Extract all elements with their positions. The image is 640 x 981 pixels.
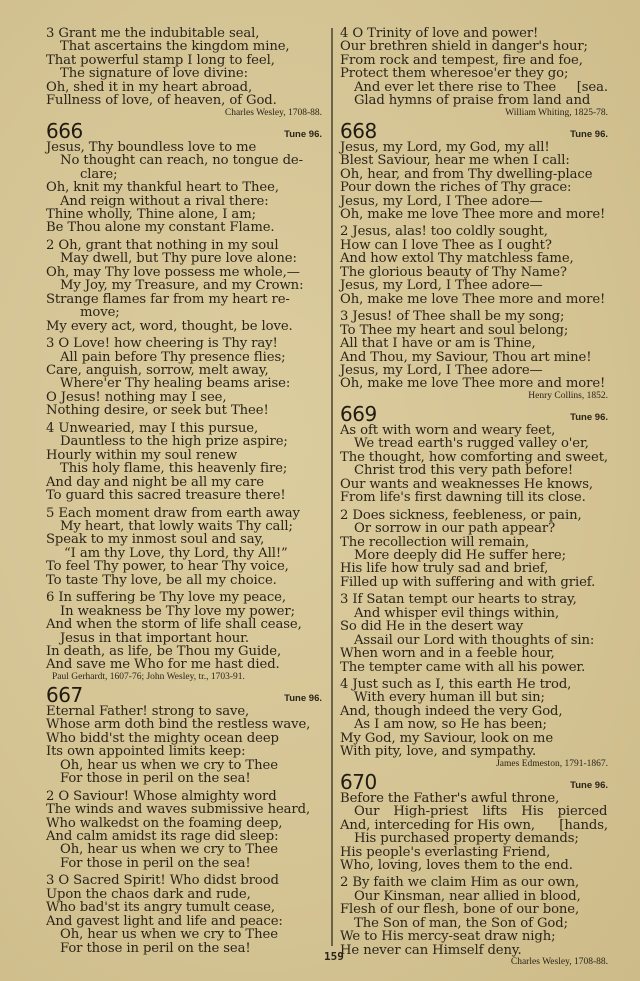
- verse-line: 3 If Satan tempt our hearts to stray,: [340, 593, 614, 606]
- verse-line: Or sorrow in our path appear?: [340, 522, 614, 535]
- verse-line: Oh, hear us when we cry to Thee: [46, 843, 328, 856]
- verse-line: 3 Grant me the indubitable seal,: [46, 27, 328, 40]
- hymn-number: 666: [46, 121, 83, 141]
- verse-line: Our Kinsman, near allied in blood,: [340, 890, 614, 903]
- verse-line: Who, loving, loves them to the end.: [340, 859, 614, 872]
- verse-line: Oh, make me love Thee more and more!: [340, 293, 614, 306]
- verse-line: He never can Himself deny.: [340, 944, 614, 957]
- verse-line: And, though indeed the very God,: [340, 705, 614, 718]
- hymn-666-stanza-3: 3 O Love! how cheering is Thy ray! All p…: [46, 337, 328, 418]
- verse-line: The glorious beauty of Thy Name?: [340, 266, 614, 279]
- verse-line: Jesus, Thy boundless love to me: [46, 141, 328, 154]
- verse-line: Oh, hear, and from Thy dwelling-place: [340, 168, 614, 181]
- verse-line: Before the Father's awful throne,: [340, 792, 614, 805]
- verse-line: Upon the chaos dark and rude,: [46, 888, 328, 901]
- verse-line: The Son of man, the Son of God;: [340, 917, 614, 930]
- verse-line: Oh, make me love Thee more and more!: [340, 208, 614, 221]
- hymn-667-stanza-1: Eternal Father! strong to save, Whose ar…: [46, 705, 328, 786]
- hymn-666-stanza-5: 5 Each moment draw from earth away My he…: [46, 507, 328, 588]
- verse-line: Oh, hear us when we cry to Thee: [46, 759, 328, 772]
- hymn-669-stanza-1: As oft with worn and weary feet, We trea…: [340, 424, 614, 505]
- verse-line: 3 O Love! how cheering is Thy ray!: [46, 337, 328, 350]
- verse-line: We tread earth's rugged valley o'er,: [340, 437, 614, 450]
- hymn-attribution: William Whiting, 1825-78.: [340, 108, 614, 119]
- verse-line: Dauntless to the high prize aspire;: [46, 435, 328, 448]
- verse-line: 4 Just such as I, this earth He trod,: [340, 678, 614, 691]
- tune-label: Tune 96.: [284, 129, 328, 141]
- verse-line: My God, my Saviour, look on me: [340, 732, 614, 745]
- verse-line: And Thou, my Saviour, Thou art mine!: [340, 351, 614, 364]
- verse-line: And whisper evil things within,: [340, 607, 614, 620]
- hymn-669-stanza-4: 4 Just such as I, this earth He trod, Wi…: [340, 678, 614, 759]
- hymn-header-669: 669 Tune 96.: [340, 403, 614, 424]
- hymn-666-stanza-4: 4 Unwearied, may I this pursue, Dauntles…: [46, 422, 328, 503]
- verse-line: And calm amidst its rage did sleep:: [46, 830, 328, 843]
- column-divider: [331, 28, 333, 946]
- verse-line: When worn and in a feeble hour,: [340, 647, 614, 660]
- verse-line: Fullness of love, of heaven, of God.: [46, 94, 328, 107]
- hymn-number: 668: [340, 121, 377, 141]
- verse-line: His purchased property demands;: [340, 832, 614, 845]
- hymn-667-stanza-4: 4 O Trinity of love and power! Our breth…: [340, 27, 614, 108]
- verse-line: All pain before Thy presence flies;: [46, 351, 328, 364]
- verse-line: Eternal Father! strong to save,: [46, 705, 328, 718]
- verse-line: Its own appointed limits keep:: [46, 745, 328, 758]
- verse-line: My heart, that lowly waits Thy call;: [46, 520, 328, 533]
- hymn-number: 667: [46, 685, 83, 705]
- hymn-header-670: 670 Tune 96.: [340, 771, 614, 792]
- verse-line: And gavest light and life and peace:: [46, 915, 328, 928]
- hymn-666-stanza-2: 2 Oh, grant that nothing in my soul May …: [46, 239, 328, 333]
- verse-line: That powerful stamp I long to feel,: [46, 54, 328, 67]
- verse-line: In death, as life, be Thou my Guide,: [46, 645, 328, 658]
- verse-text: And, interceding for His own,: [340, 819, 535, 832]
- hymn-666-stanza-1: Jesus, Thy boundless love to me No thoug…: [46, 141, 328, 235]
- verse-line: For those in peril on the sea!: [46, 942, 328, 955]
- verse-line: Jesus, my Lord, my God, my all!: [340, 141, 614, 154]
- hymn-attribution: Henry Collins, 1852.: [340, 391, 614, 402]
- tune-label: Tune 96.: [570, 129, 614, 141]
- verse-line: 4 Unwearied, may I this pursue,: [46, 422, 328, 435]
- hymn-666-stanza-6: 6 In suffering be Thy love my peace, In …: [46, 591, 328, 672]
- verse-line: To Thee my heart and soul belong;: [340, 324, 614, 337]
- left-column: 3 Grant me the indubitable seal, That as…: [46, 27, 328, 955]
- verse-line: Christ trod this very path before!: [340, 464, 614, 477]
- verse-line: How can I love Thee as I ought?: [340, 239, 614, 252]
- hymn-number: 670: [340, 772, 377, 792]
- verse-line: Assail our Lord with thoughts of sin:: [340, 634, 614, 647]
- verse-line: To feel Thy power, to hear Thy voice,: [46, 560, 328, 573]
- verse-line: May dwell, but Thy pure love alone:: [46, 252, 328, 265]
- verse-line: Filled up with suffering and with grief.: [340, 576, 614, 589]
- hymn-attribution: James Edmeston, 1791-1867.: [340, 759, 614, 770]
- verse-line: Where'er Thy healing beams arise:: [46, 377, 328, 390]
- verse-line: The tempter came with all his power.: [340, 661, 614, 674]
- hymn-670-stanza-1: Before the Father's awful throne, Our Hi…: [340, 792, 614, 873]
- hymn-number: 669: [340, 404, 377, 424]
- verse-line: For those in peril on the sea!: [46, 772, 328, 785]
- verse-line: O Jesus! nothing may I see,: [46, 391, 328, 404]
- verse-line: 3 O Sacred Spirit! Who didst brood: [46, 874, 328, 887]
- verse-line: Hourly within my soul renew: [46, 449, 328, 462]
- hymn-header-666: 666 Tune 96.: [46, 120, 328, 141]
- verse-line: And how extol Thy matchless fame,: [340, 252, 614, 265]
- verse-line: Be Thou alone my constant Flame.: [46, 221, 328, 234]
- verse-line: 4 O Trinity of love and power!: [340, 27, 614, 40]
- verse-line: Protect them wheresoe'er they go;: [340, 67, 614, 80]
- verse-text: And ever let there rise to Thee: [354, 81, 556, 94]
- verse-line: 2 By faith we claim Him as our own,: [340, 876, 614, 889]
- verse-line: Oh, knit my thankful heart to Thee,: [46, 181, 328, 194]
- tune-label: Tune 96.: [570, 412, 614, 424]
- verse-line: To guard this sacred treasure there!: [46, 489, 328, 502]
- hymn-669-stanza-3: 3 If Satan tempt our hearts to stray, An…: [340, 593, 614, 674]
- verse-line: The recollection will remain,: [340, 536, 614, 549]
- right-column: 4 O Trinity of love and power! Our breth…: [340, 27, 614, 968]
- verse-line: Strange flames far from my heart re-: [46, 293, 328, 306]
- verse-line: Oh, may Thy love possess me whole,—: [46, 266, 328, 279]
- verse-line: For those in peril on the sea!: [46, 857, 328, 870]
- verse-line: My every act, word, thought, be love.: [46, 320, 328, 333]
- hymn-668-stanza-2: 2 Jesus, alas! too coldly sought, How ca…: [340, 225, 614, 306]
- page-number: 159: [324, 950, 344, 963]
- hymn-attribution: Paul Gerhardt, 1607-76; John Wesley, tr.…: [46, 672, 328, 683]
- tune-label: Tune 96.: [284, 693, 328, 705]
- turnover-text: [hands,: [559, 819, 608, 832]
- turnover-text: [sea.: [577, 81, 608, 94]
- verse-line: Jesus in that important hour.: [46, 632, 328, 645]
- hymn-669-stanza-2: 2 Does sickness, feebleness, or pain, Or…: [340, 509, 614, 590]
- hymn-attribution: Charles Wesley, 1708-88.: [46, 108, 328, 119]
- verse-line: With every human ill but sin;: [340, 691, 614, 704]
- verse-line: Jesus, my Lord, I Thee adore—: [340, 364, 614, 377]
- verse-line: Thine wholly, Thine alone, I am;: [46, 208, 328, 221]
- verse-line: With pity, love, and sympathy.: [340, 745, 614, 758]
- hymn-header-668: 668 Tune 96.: [340, 120, 614, 141]
- verse-line: Speak to my inmost soul and say,: [46, 533, 328, 546]
- verse-line: His life how truly sad and brief,: [340, 562, 614, 575]
- hymn-668-stanza-3: 3 Jesus! of Thee shall be my song; To Th…: [340, 310, 614, 391]
- verse-line: 3 Jesus! of Thee shall be my song;: [340, 310, 614, 323]
- hymn-670-stanza-2: 2 By faith we claim Him as our own, Our …: [340, 876, 614, 957]
- verse-line: Care, anguish, sorrow, melt away,: [46, 364, 328, 377]
- verse-line: And ever let there rise to Thee [sea.: [340, 81, 614, 94]
- verse-line: All that I have or am is Thine,: [340, 337, 614, 350]
- verse-line: And reign without a rival there:: [46, 195, 328, 208]
- verse-line: In weakness be Thy love my power;: [46, 605, 328, 618]
- verse-line: 2 Jesus, alas! too coldly sought,: [340, 225, 614, 238]
- verse-line: From life's first dawning till its close…: [340, 491, 614, 504]
- verse-line: Our brethren shield in danger's hour;: [340, 40, 614, 53]
- verse-line: The signature of love divine:: [46, 67, 328, 80]
- verse-line: To taste Thy love, be all my choice.: [46, 574, 328, 587]
- verse-line: No thought can reach, no tongue de-: [46, 154, 328, 167]
- hymn-667-stanza-3: 3 O Sacred Spirit! Who didst brood Upon …: [46, 874, 328, 955]
- verse-line: The winds and waves submissive heard,: [46, 803, 328, 816]
- verse-line: Pour down the riches of Thy grace:: [340, 181, 614, 194]
- verse-line: The thought, how comforting and sweet,: [340, 451, 614, 464]
- verse-line: From rock and tempest, fire and foe,: [340, 54, 614, 67]
- verse-line: 5 Each moment draw from earth away: [46, 507, 328, 520]
- verse-line: 6 In suffering be Thy love my peace,: [46, 591, 328, 604]
- verse-line: And day and night be all my care: [46, 476, 328, 489]
- verse-line: Oh, shed it in my heart abroad,: [46, 81, 328, 94]
- verse-line: Jesus, my Lord, I Thee adore—: [340, 195, 614, 208]
- tune-label: Tune 96.: [570, 780, 614, 792]
- verse-line: “I am thy Love, thy Lord, thy All!”: [46, 547, 328, 560]
- hymn-665-stanza-3: 3 Grant me the indubitable seal, That as…: [46, 27, 328, 108]
- verse-line: This holy flame, this heavenly fire;: [46, 462, 328, 475]
- verse-line: Oh, make me love Thee more and more!: [340, 377, 614, 390]
- verse-line: Whose arm doth bind the restless wave,: [46, 718, 328, 731]
- verse-line: Glad hymns of praise from land and: [340, 94, 614, 107]
- verse-line: 2 Oh, grant that nothing in my soul: [46, 239, 328, 252]
- verse-line: clare;: [46, 168, 328, 181]
- verse-line: And save me Who for me hast died.: [46, 658, 328, 671]
- hymn-668-stanza-1: Jesus, my Lord, my God, my all! Blest Sa…: [340, 141, 614, 222]
- verse-line: Our High-priest lifts His pierced: [340, 805, 614, 818]
- hymn-667-stanza-2: 2 O Saviour! Whose almighty word The win…: [46, 790, 328, 871]
- verse-line: Oh, hear us when we cry to Thee: [46, 928, 328, 941]
- hymn-attribution: Charles Wesley, 1708-88.: [340, 957, 614, 968]
- verse-line: Who bidd'st the mighty ocean deep: [46, 732, 328, 745]
- verse-line: 2 O Saviour! Whose almighty word: [46, 790, 328, 803]
- verse-line: More deeply did He suffer here;: [340, 549, 614, 562]
- verse-line: Our wants and weaknesses He knows,: [340, 478, 614, 491]
- verse-line: Who walkedst on the foaming deep,: [46, 817, 328, 830]
- verse-line: Blest Saviour, hear me when I call:: [340, 154, 614, 167]
- verse-line: My Joy, my Treasure, and my Crown:: [46, 279, 328, 292]
- verse-line: We to His mercy-seat draw nigh;: [340, 930, 614, 943]
- verse-line: Who bad'st its angry tumult cease,: [46, 901, 328, 914]
- verse-line: As I am now, so He has been;: [340, 718, 614, 731]
- verse-line: That ascertains the kingdom mine,: [46, 40, 328, 53]
- verse-line: Flesh of our flesh, bone of our bone,: [340, 903, 614, 916]
- verse-line: So did He in the desert way: [340, 620, 614, 633]
- verse-line: Nothing desire, or seek but Thee!: [46, 404, 328, 417]
- verse-line: As oft with worn and weary feet,: [340, 424, 614, 437]
- verse-line: His people's everlasting Friend,: [340, 846, 614, 859]
- verse-line: move;: [46, 306, 328, 319]
- verse-line: 2 Does sickness, feebleness, or pain,: [340, 509, 614, 522]
- verse-line: And when the storm of life shall cease,: [46, 618, 328, 631]
- hymn-header-667: 667 Tune 96.: [46, 684, 328, 705]
- verse-line: And, interceding for His own, [hands,: [340, 819, 614, 832]
- verse-line: Jesus, my Lord, I Thee adore—: [340, 279, 614, 292]
